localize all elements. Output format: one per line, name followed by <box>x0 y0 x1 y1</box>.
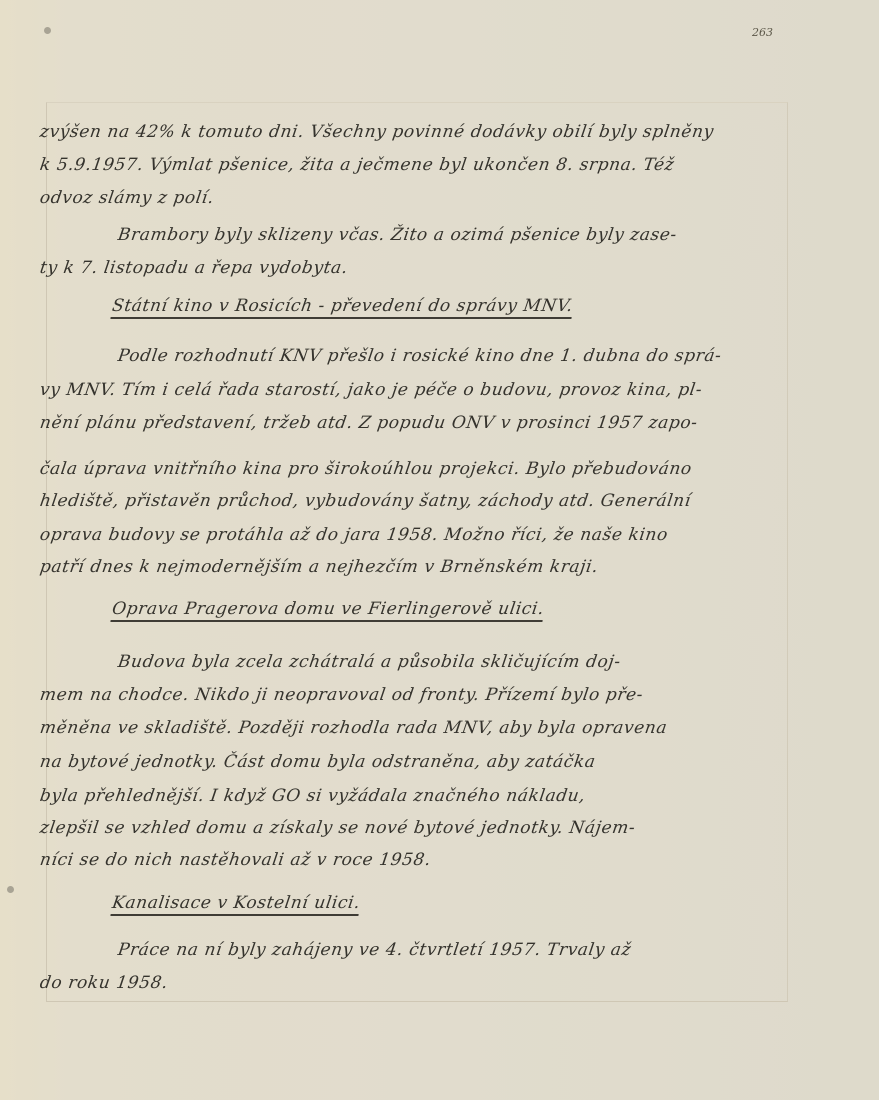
text-line: byla přehlednější. I když GO si vyžádala… <box>39 786 587 806</box>
text-line: na bytové jednotky. Část domu byla odstr… <box>39 752 597 772</box>
text-line: Podle rozhodnutí KNV přešlo i rosické ki… <box>117 346 723 366</box>
text-line: nění plánu představení, tržeb atd. Z pop… <box>39 413 699 433</box>
text-line: Budova byla zcela zchátralá a působila s… <box>117 652 622 672</box>
text-line: měněna ve skladiště. Později rozhodla ra… <box>39 718 669 738</box>
chronicle-page: 263 zvýšen na 42% k tomuto dni. Všechny … <box>0 0 879 1100</box>
text-line: mem na chodce. Nikdo ji neopravoval od f… <box>39 685 645 705</box>
text-line: čala úprava vnitřního kina pro širokoúhl… <box>39 459 694 479</box>
section-heading-sewerage: Kanalisace v Kostelní ulici. <box>110 893 361 916</box>
page-number: 263 <box>752 26 773 39</box>
text-line: Brambory byly sklizeny včas. Žito a ozim… <box>117 225 679 245</box>
text-line: níci se do nich nastěhovali až v roce 19… <box>39 850 433 870</box>
text-line: ty k 7. listopadu a řepa vydobyta. <box>39 258 350 278</box>
punch-hole-mark-top <box>44 27 51 34</box>
text-line: Práce na ní byly zahájeny ve 4. čtvrtlet… <box>117 940 633 960</box>
text-line: do roku 1958. <box>39 973 170 993</box>
text-line: zvýšen na 42% k tomuto dni. Všechny povi… <box>39 122 716 142</box>
text-line: zlepšil se vzhled domu a získaly se nové… <box>39 818 637 838</box>
section-heading-house-repair: Oprava Pragerova domu ve Fierlingerově u… <box>110 599 545 622</box>
text-line: odvoz slámy z polí. <box>39 188 216 208</box>
text-line: patří dnes k nejmodernějším a nejhezčím … <box>39 557 600 577</box>
text-line: vy MNV. Tím i celá řada starostí, jako j… <box>39 380 704 400</box>
text-line: hlediště, přistavěn průchod, vybudovány … <box>39 491 693 511</box>
text-line: oprava budovy se protáhla až do jara 195… <box>39 525 670 545</box>
text-line: k 5.9.1957. Výmlat pšenice, žita a ječme… <box>39 155 676 175</box>
punch-hole-mark-bottom <box>7 886 14 893</box>
section-heading-cinema: Státní kino v Rosicích - převedení do sp… <box>110 296 574 319</box>
